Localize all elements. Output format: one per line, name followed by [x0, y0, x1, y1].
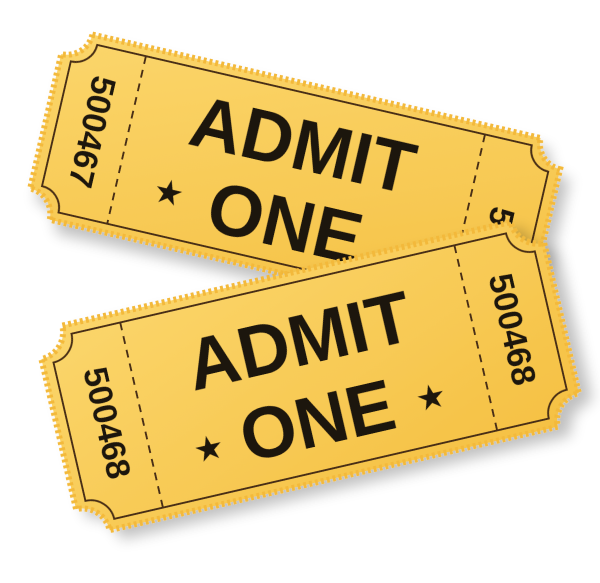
tickets-illustration: 500467 50 ADMIT ONE ★ 500468 500468 ADMI…: [0, 0, 600, 583]
